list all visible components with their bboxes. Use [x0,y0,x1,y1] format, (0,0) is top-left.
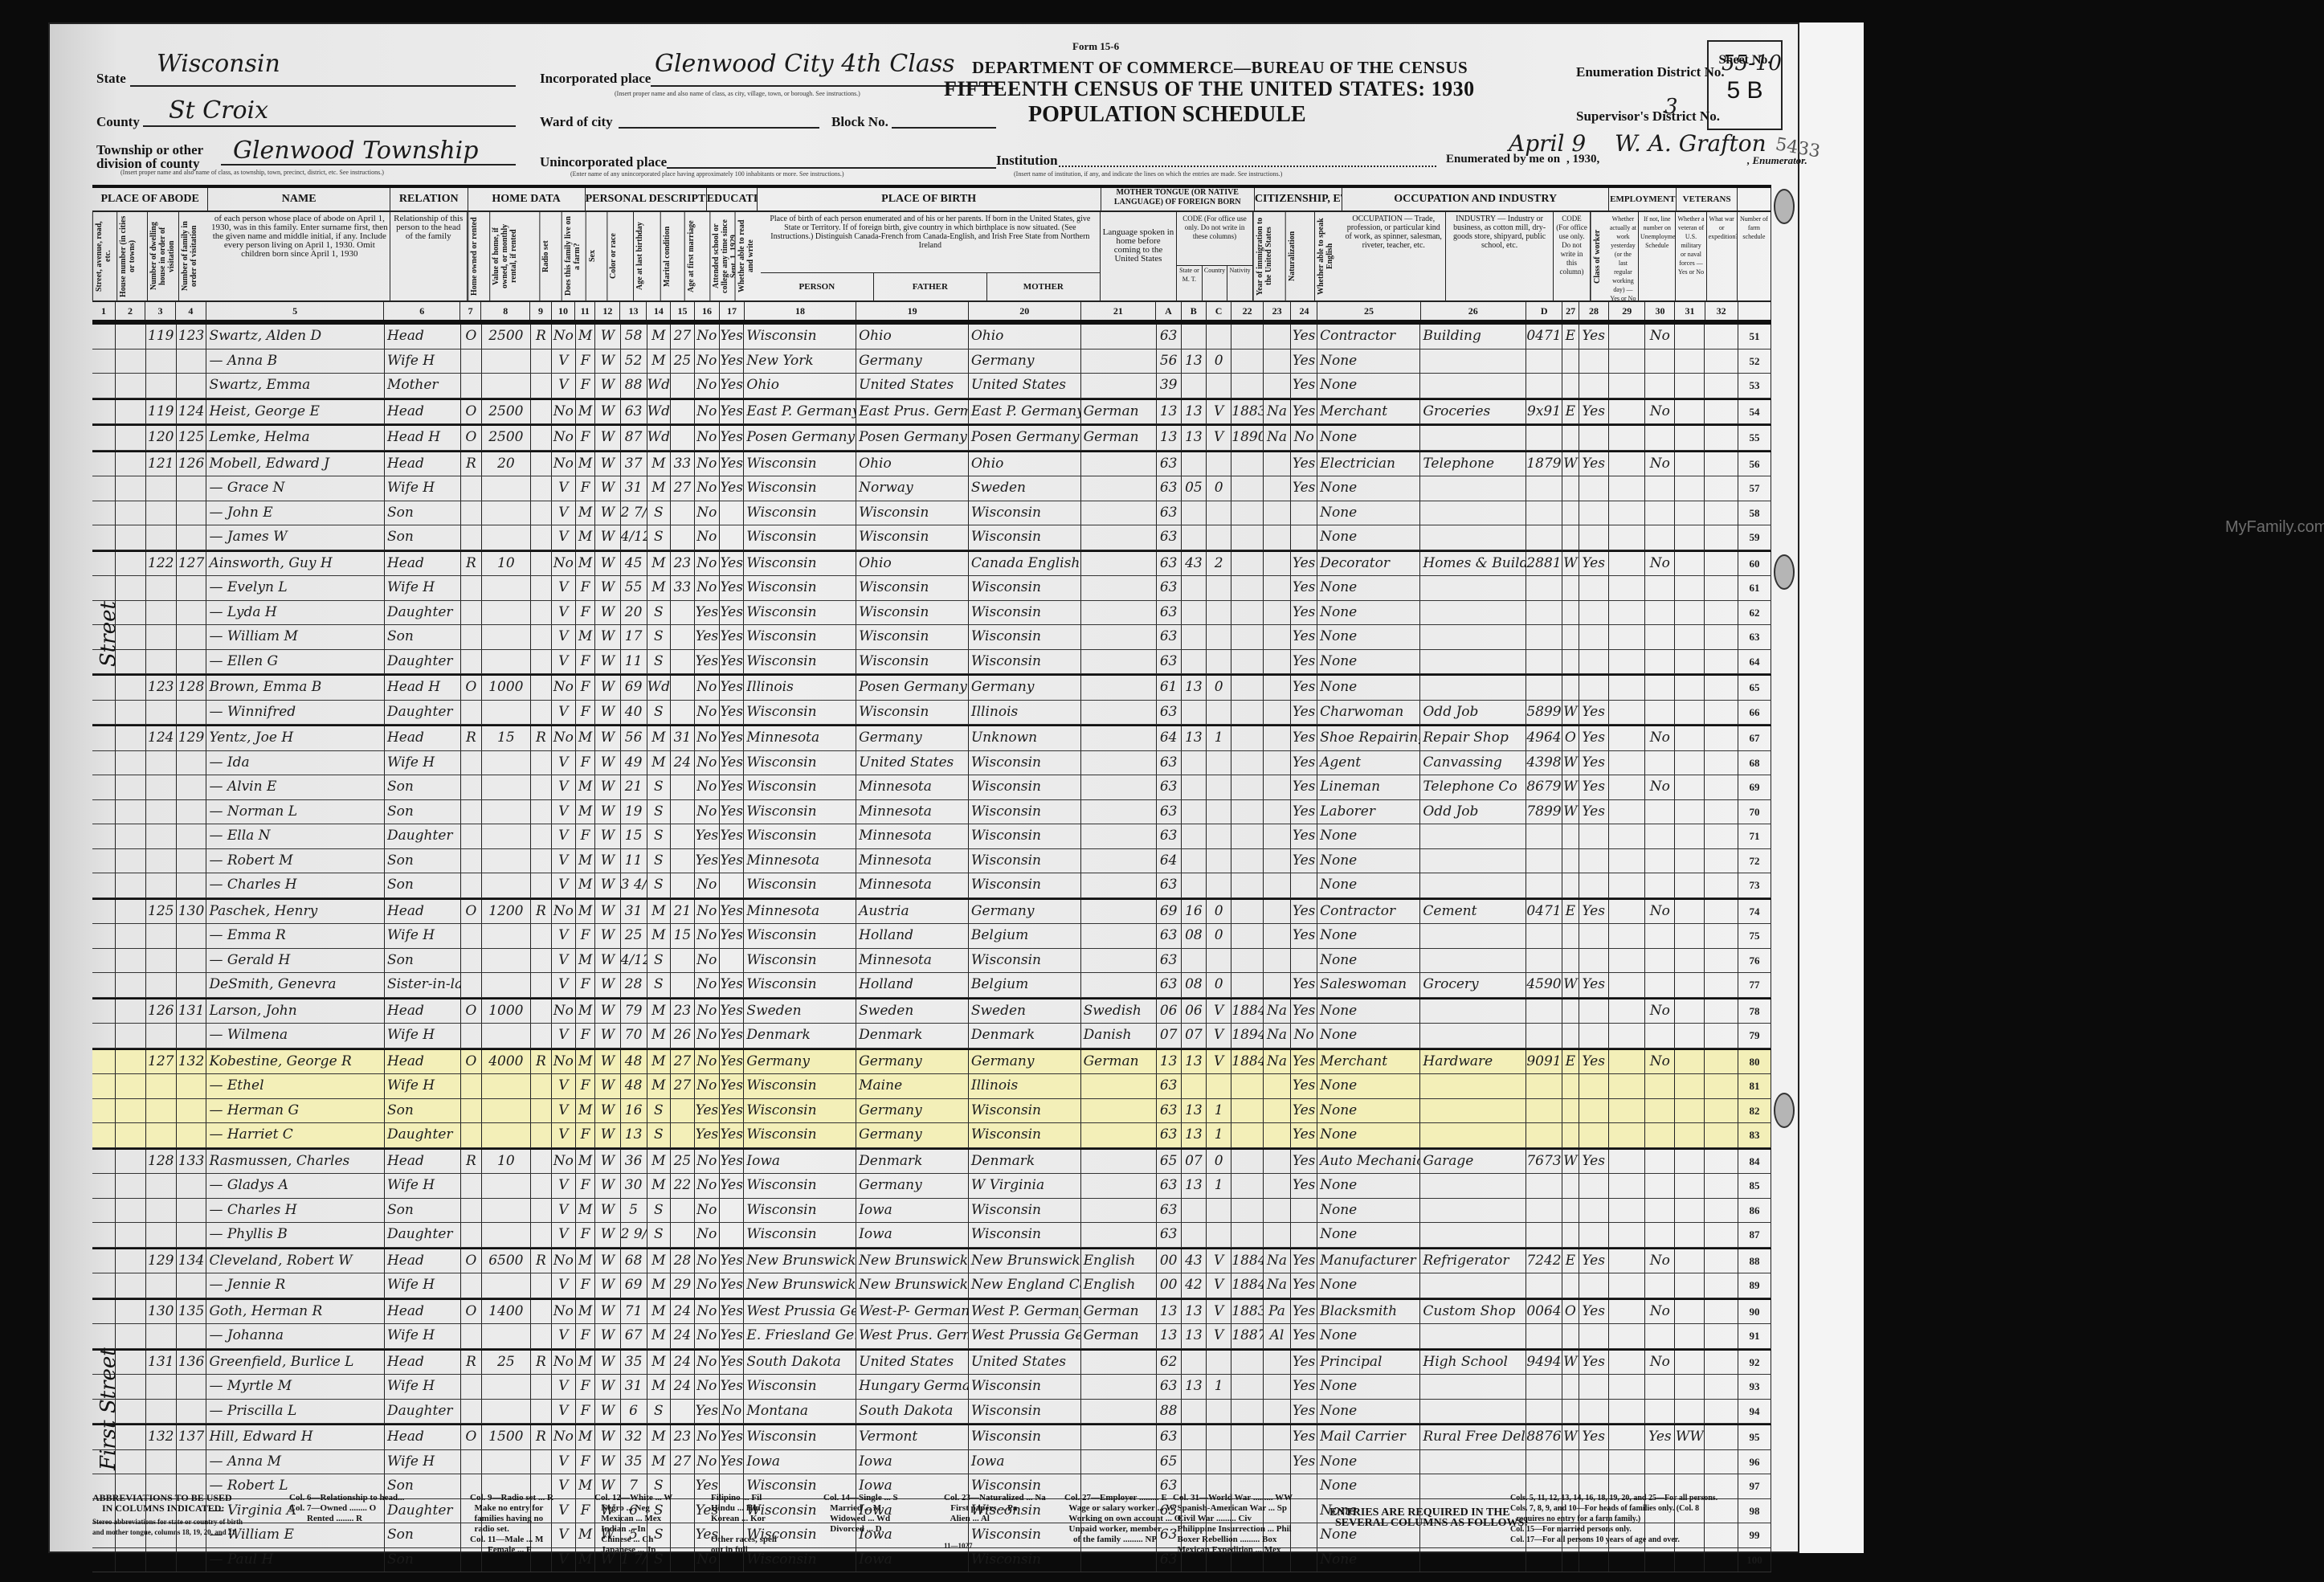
header-father: FATHER [874,273,987,300]
cell-veteran [1645,973,1675,997]
cell-school: No [695,452,720,476]
cell-at-work [1579,650,1609,674]
line-number: 96 [1738,1450,1771,1474]
cell-farm: No [552,1351,576,1375]
table-row: 131136Greenfield, Burlice LHeadR25RNoMW3… [92,1349,1771,1376]
cell-immigration: 1890 [1231,426,1263,450]
cell-mother-birthplace: Wisconsin [969,1400,1081,1424]
cell-age: 88 [621,374,647,398]
cell-occupation: None [1317,501,1420,525]
cell-veteran [1645,751,1675,775]
cell-mother-birthplace: Illinois [969,701,1081,725]
cell-occ-code: 4590 [1526,973,1562,997]
cell-code-c [1207,1199,1231,1223]
header-veteran: Whether a veteran of U.S. military or na… [1676,212,1706,300]
cell-home-owned [461,1024,482,1048]
cell-occ-code [1526,601,1562,625]
column-number: 7 [460,302,481,320]
cell-age: 67 [621,1324,647,1348]
column-group-header: PLACE OF ABODE NAME RELATION HOME DATA P… [92,185,1771,212]
line-number: 84 [1738,1150,1771,1174]
cell-race: W [595,1150,620,1174]
cell-war [1675,751,1705,775]
cell-age-marriage: 27 [671,476,695,501]
cell-sex: M [576,552,596,576]
cell-family [177,1174,207,1198]
cell-immigration [1231,949,1263,973]
cell-language [1081,1450,1157,1474]
cell-code-c [1207,525,1231,550]
cell-age: 40 [621,701,647,725]
cell-age-marriage [671,973,695,997]
cell-race: W [595,1099,620,1123]
cell-radio [531,999,552,1024]
cell-war [1675,625,1705,649]
cell-occupation: None [1317,1273,1420,1298]
cell-at-work [1579,625,1609,649]
cell-at-work: Yes [1579,1300,1609,1324]
cell-immigration [1231,525,1263,550]
cell-marital: M [647,452,672,476]
cell-industry [1420,426,1526,450]
cell-family [177,824,207,848]
institution-label: Institution [996,153,1058,169]
cell-father-birthplace: Ohio [856,325,969,349]
table-row: Swartz, EmmaMotherVFW88WdNoYesOhioUnited… [92,374,1771,399]
cell-father-birthplace: Wisconsin [856,650,969,674]
cell-at-work [1579,1099,1609,1123]
cell-war [1675,1174,1705,1198]
cell-name: — Myrtle M [206,1375,384,1399]
cell-birthplace: Wisconsin [744,701,856,725]
cell-school: No [695,1024,720,1048]
cell-english: Yes [1291,476,1317,501]
census-title: FIFTEENTH CENSUS OF THE UNITED STATES: 1… [944,77,1475,101]
cell-farm: V [552,751,576,775]
cell-at-work: Yes [1579,900,1609,924]
column-number: 2 [116,302,145,320]
cell-code-c [1207,650,1231,674]
cell-code-c [1207,501,1231,525]
cell-marital: S [647,824,672,848]
cell-class-worker: W [1562,800,1579,824]
cell-age-marriage [671,873,695,897]
cell-home-value [482,775,531,799]
header-family-number: Number of family in order of visitation [178,212,210,300]
column-number: 4 [176,302,206,320]
cell-farm-schedule [1705,1074,1738,1098]
cell-war [1675,973,1705,997]
cell-war [1675,900,1705,924]
cell-relation: Wife H [385,350,461,374]
cell-age-marriage: 24 [671,1375,695,1399]
cell-marital: S [647,1400,672,1424]
cell-occ-code [1526,1324,1562,1348]
cell-dwelling: 131 [146,1351,177,1375]
cell-language [1081,1223,1157,1247]
cell-sex: F [576,824,596,848]
cell-occ-code [1526,1199,1562,1223]
cell-naturalization [1264,476,1292,501]
cell-relation: Son [385,525,461,550]
cell-read-write [720,501,744,525]
cell-family [177,949,207,973]
cell-mother-birthplace: Wisconsin [969,1099,1081,1123]
cell-school: No [695,552,720,576]
cell-family: 131 [177,999,207,1024]
cell-unemployment-line [1609,1199,1646,1223]
cell-war [1675,1074,1705,1098]
cell-race: W [595,973,620,997]
cell-farm-schedule [1705,552,1738,576]
cell-farm: V [552,973,576,997]
cell-age: 55 [621,576,647,600]
cell-class-worker: W [1562,552,1579,576]
cell-mother-birthplace: Sweden [969,999,1081,1024]
cell-age: 13 [621,1123,647,1147]
cell-school: No [695,1375,720,1399]
cell-code-b [1182,1223,1207,1247]
cell-war [1675,1199,1705,1223]
cell-sex: F [576,1123,596,1147]
cell-home-value: 20 [482,452,531,476]
cell-immigration: 1887 [1231,1324,1263,1348]
cell-industry: Garage [1420,1150,1526,1174]
column-number: 30 [1645,302,1675,320]
cell-industry: Homes & Buildings [1420,552,1526,576]
cell-street [92,1548,116,1572]
cell-family [177,1099,207,1123]
cell-school: No [695,701,720,725]
cell-farm-schedule [1705,775,1738,799]
cell-marital: M [647,1425,672,1449]
line-number: 51 [1738,325,1771,349]
cell-industry [1420,1174,1526,1198]
cell-father-birthplace: Austria [856,900,969,924]
township-label: Township or other division of county [96,143,225,170]
cell-code-b: 13 [1182,726,1207,750]
cell-age: 48 [621,1074,647,1098]
cell-age: 35 [621,1450,647,1474]
cell-mother-birthplace: Wisconsin [969,601,1081,625]
cell-at-work: Yes [1579,775,1609,799]
cell-war [1675,501,1705,525]
cell-mother-birthplace: East P. Germany [969,400,1081,424]
cell-race: W [595,1450,620,1474]
cell-code-b: 13 [1182,1099,1207,1123]
cell-occupation: None [1317,426,1420,450]
cell-radio [531,552,552,576]
cell-age-marriage: 25 [671,350,695,374]
cell-industry [1420,525,1526,550]
cell-sex: M [576,625,596,649]
cell-name: Brown, Emma B [206,676,384,700]
cell-race: W [595,800,620,824]
cell-race: W [595,849,620,873]
cell-father-birthplace: Wisconsin [856,501,969,525]
cell-family [177,1199,207,1223]
cell-class-worker [1562,525,1579,550]
cell-street [92,426,116,450]
cell-industry: Canvassing [1420,751,1526,775]
cell-english: Yes [1291,1099,1317,1123]
cell-industry [1420,1548,1526,1572]
cell-code-b [1182,1400,1207,1424]
cell-at-work [1579,849,1609,873]
cell-read-write: Yes [720,1249,744,1273]
cell-english: Yes [1291,999,1317,1024]
cell-at-work [1579,1324,1609,1348]
cell-father-birthplace: South Dakota [856,1400,969,1424]
cell-house-number [116,1174,146,1198]
cell-occupation: None [1317,1324,1420,1348]
cell-farm-schedule [1705,949,1738,973]
header-read-write: Whether able to read and write [735,212,761,300]
cell-family: 132 [177,1050,207,1074]
cell-veteran [1645,800,1675,824]
column-number: 11 [575,302,595,320]
cell-immigration [1231,800,1263,824]
cell-marital: M [647,1024,672,1048]
cell-code-b: 13 [1182,676,1207,700]
cell-code-c: 1 [1207,726,1231,750]
cell-radio [531,1375,552,1399]
cell-unemployment-line [1609,900,1646,924]
cell-name: — Gladys A [206,1174,384,1198]
cell-at-work: Yes [1579,552,1609,576]
cell-home-owned [461,849,482,873]
cell-english [1291,525,1317,550]
cell-occupation: Auto Mechanic [1317,1150,1420,1174]
cell-class-worker: E [1562,1249,1579,1273]
cell-war [1675,350,1705,374]
column-number: 23 [1264,302,1292,320]
cell-mother-birthplace: New Brunswick Canada [969,1249,1081,1273]
cell-war [1675,552,1705,576]
cell-industry: Telephone Co [1420,775,1526,799]
cell-immigration [1231,775,1263,799]
cell-occupation: None [1317,1199,1420,1223]
cell-code-b [1182,625,1207,649]
cell-at-work: Yes [1579,1150,1609,1174]
cell-code-a: 63 [1157,1174,1182,1198]
cell-code-c: V [1207,1324,1231,1348]
cell-sex: F [576,973,596,997]
cell-naturalization [1264,1351,1292,1375]
cell-veteran [1645,676,1675,700]
cell-house-number [116,552,146,576]
cell-unemployment-line [1609,775,1646,799]
line-number: 100 [1738,1548,1771,1572]
cell-industry: High School [1420,1351,1526,1375]
cell-veteran: No [1645,1351,1675,1375]
cell-radio: R [531,325,552,349]
cell-house-number [116,325,146,349]
cell-marital: Wd [647,676,672,700]
cell-war [1675,800,1705,824]
cell-read-write: Yes [720,701,744,725]
cell-marital: M [647,1273,672,1298]
cell-age-marriage [671,701,695,725]
cell-read-write: Yes [720,426,744,450]
cell-family: 124 [177,400,207,424]
cell-code-a: 13 [1157,1050,1182,1074]
cell-naturalization [1264,452,1292,476]
cell-read-write: Yes [720,350,744,374]
cell-age: 37 [621,452,647,476]
table-row: — Jennie RWife HVFW69M29NoYesNew Brunswi… [92,1273,1771,1298]
header-class-worker: Class of worker [1591,212,1608,300]
incorporated-label: Incorporated place [540,71,651,87]
cell-mother-birthplace: Wisconsin [969,824,1081,848]
cell-name: — John E [206,501,384,525]
cell-father-birthplace: Wisconsin [856,701,969,725]
cell-age-marriage [671,1548,695,1572]
cell-veteran [1645,1074,1675,1098]
cell-sex: M [576,800,596,824]
cell-english: Yes [1291,824,1317,848]
table-row: — John ESonVMW2 7/12SNoWisconsinWisconsi… [92,501,1771,526]
cell-english: Yes [1291,576,1317,600]
cell-code-b [1182,1351,1207,1375]
cell-family [177,800,207,824]
cell-english: Yes [1291,701,1317,725]
cell-sex: M [576,1050,596,1074]
cell-farm: V [552,849,576,873]
cell-occupation: None [1317,1223,1420,1247]
cell-code-c: 1 [1207,1099,1231,1123]
cell-age-marriage: 21 [671,900,695,924]
cell-race: W [595,1249,620,1273]
supervisor-value: 3 [1664,95,1678,119]
cell-veteran: No [1645,900,1675,924]
cell-father-birthplace: Holland [856,924,969,948]
cell-sex: M [576,1199,596,1223]
cell-immigration [1231,824,1263,848]
cell-radio [531,1273,552,1298]
cell-occupation: Blacksmith [1317,1300,1420,1324]
cell-english [1291,873,1317,897]
cell-radio [531,400,552,424]
cell-radio: R [531,726,552,750]
cell-school: No [695,525,720,550]
cell-occ-code: 7242 [1526,1249,1562,1273]
cell-birthplace: West Prussia Germany [744,1300,856,1324]
cell-language [1081,325,1157,349]
cell-language: Swedish [1081,999,1157,1024]
cell-unemployment-line [1609,501,1646,525]
cell-war [1675,1050,1705,1074]
cell-name: — Herman G [206,1099,384,1123]
cell-dwelling: 129 [146,1249,177,1273]
line-number: 74 [1738,900,1771,924]
cell-street [92,1249,116,1273]
cell-code-b [1182,1074,1207,1098]
cell-home-owned [461,1324,482,1348]
cell-home-value [482,525,531,550]
cell-family [177,1450,207,1474]
cell-language [1081,751,1157,775]
cell-read-write: Yes [720,576,744,600]
cell-family: 123 [177,325,207,349]
line-number: 66 [1738,701,1771,725]
cell-occ-code [1526,1074,1562,1098]
cell-home-owned: R [461,1351,482,1375]
enumerator-name: W. A. Grafton [1615,130,1766,157]
cell-relation: Wife H [385,1324,461,1348]
cell-english: Yes [1291,400,1317,424]
cell-home-value [482,873,531,897]
cell-code-b [1182,873,1207,897]
cell-marital: M [647,751,672,775]
table-row: — Paul HSonVMW1 7/12SNoWisconsinIowaWisc… [92,1548,1771,1573]
cell-code-c [1207,452,1231,476]
cell-unemployment-line [1609,1400,1646,1424]
cell-veteran [1645,1375,1675,1399]
cell-home-value: 1500 [482,1425,531,1449]
cell-age-marriage [671,949,695,973]
cell-at-work [1579,476,1609,501]
cell-name: — Norman L [206,800,384,824]
cell-war [1675,1450,1705,1474]
cell-home-value [482,1375,531,1399]
cell-immigration: 1883 [1231,1300,1263,1324]
cell-occ-code: 8679 [1526,775,1562,799]
cell-class-worker [1562,374,1579,398]
cell-birthplace: South Dakota [744,1351,856,1375]
cell-family: 128 [177,676,207,700]
cell-language [1081,501,1157,525]
cell-unemployment-line [1609,949,1646,973]
cell-street [92,1099,116,1123]
cell-class-worker [1562,426,1579,450]
cell-radio [531,576,552,600]
table-row: 124129Yentz, Joe HHeadR15RNoMW56M31NoYes… [92,725,1771,751]
supervisor-label: Supervisor's District No. [1576,108,1720,125]
cell-home-owned: R [461,726,482,750]
form-number: Form 15-6 [1072,40,1119,53]
punch-hole [1774,189,1795,224]
cell-naturalization [1264,1199,1292,1223]
cell-english [1291,1223,1317,1247]
cell-read-write: Yes [720,1074,744,1098]
cell-age-marriage [671,849,695,873]
table-row: 128133Rasmussen, CharlesHeadR10NoMW36M25… [92,1148,1771,1175]
column-number: 21 [1081,302,1157,320]
cell-mother-birthplace: Denmark [969,1024,1081,1048]
cell-veteran: No [1645,999,1675,1024]
cell-relation: Wife H [385,924,461,948]
cell-language: German [1081,1050,1157,1074]
cell-industry: Grocery [1420,973,1526,997]
line-number: 52 [1738,350,1771,374]
cell-unemployment-line [1609,1300,1646,1324]
cell-immigration [1231,1074,1263,1098]
cell-language: German [1081,426,1157,450]
cell-war [1675,999,1705,1024]
cell-code-b: 13 [1182,1174,1207,1198]
cell-code-b [1182,1199,1207,1223]
table-row: — WilmenaWife HVFW70M26NoYesDenmarkDenma… [92,1024,1771,1049]
cell-code-a: 63 [1157,501,1182,525]
cell-code-a: 56 [1157,350,1182,374]
cell-veteran: Yes [1645,1425,1675,1449]
cell-mother-birthplace: Unknown [969,726,1081,750]
cell-code-b [1182,576,1207,600]
header-age-marriage: Age at first marriage [684,212,709,300]
cell-unemployment-line [1609,426,1646,450]
cell-language [1081,625,1157,649]
